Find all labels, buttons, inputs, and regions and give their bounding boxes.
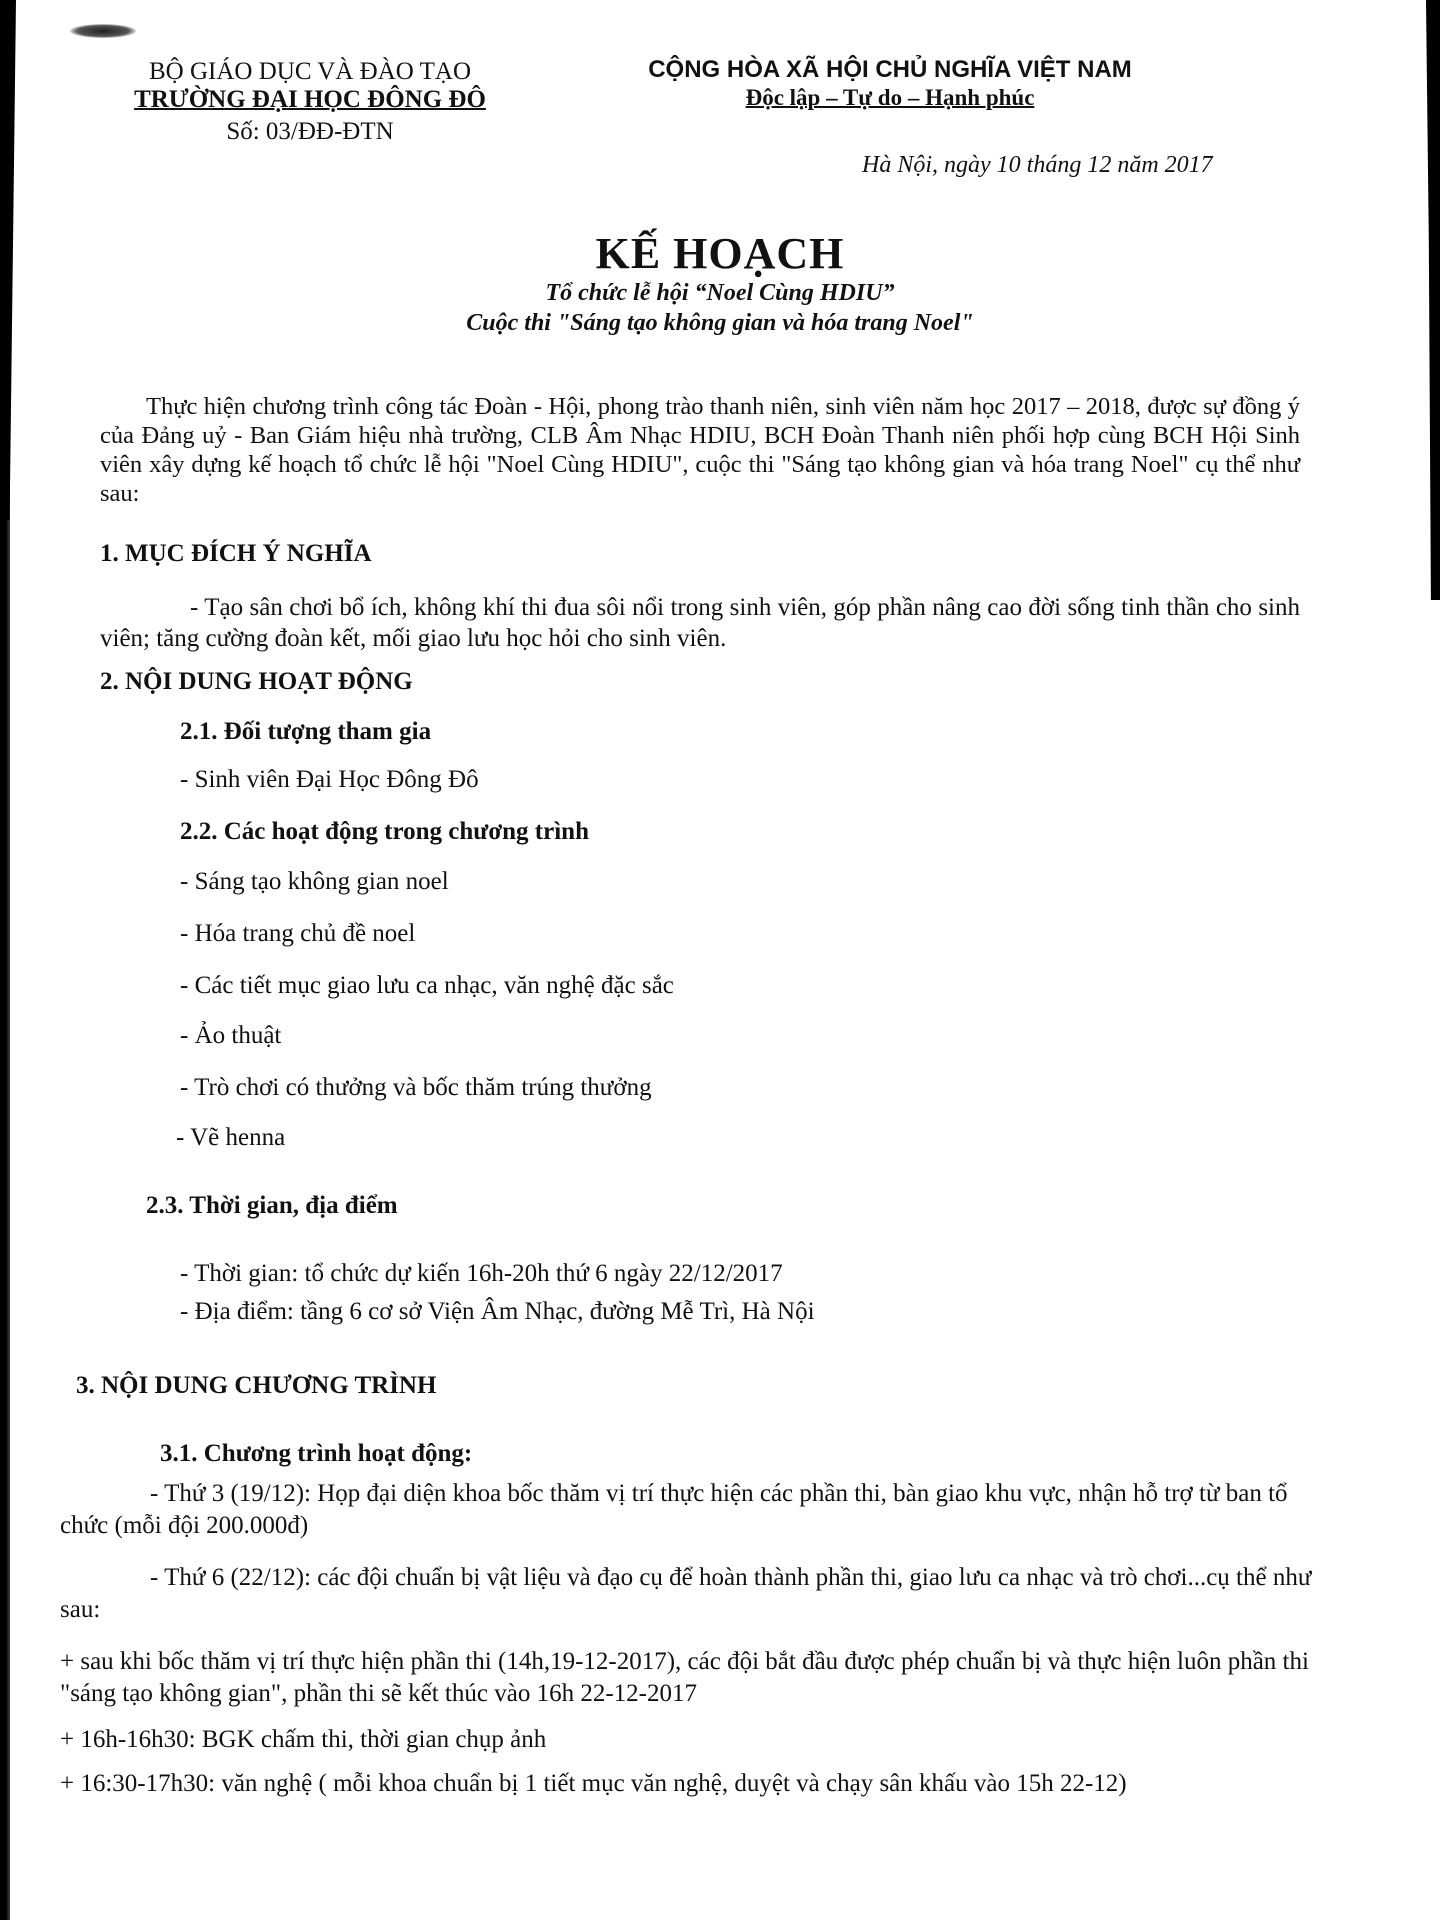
list-item: - Hóa trang chủ đề noel [180,920,415,948]
schedule-item: - Thứ 3 (19/12): Họp đại diện khoa bốc t… [60,1478,1330,1542]
school-name: TRƯỜNG ĐẠI HỌC ĐÔNG ĐÔ [100,86,520,114]
header-organization: BỘ GIÁO DỤC VÀ ĐÀO TẠO TRƯỜNG ĐẠI HỌC ĐÔ… [100,58,520,146]
national-motto: Độc lập – Tự do – Hạnh phúc [746,85,1035,110]
list-item: - Sinh viên Đại Học Đông Đô [180,766,479,794]
list-item: - Địa điểm: tầng 6 cơ sở Viện Âm Nhạc, đ… [180,1298,815,1326]
document-date: Hà Nội, ngày 10 tháng 12 năm 2017 [862,152,1213,179]
section-2-heading: 2. NỘI DUNG HOẠT ĐỘNG [100,668,413,696]
list-item: - Trò chơi có thưởng và bốc thăm trúng t… [180,1074,652,1102]
list-item: - Vẽ henna [176,1124,285,1152]
list-item: - Thời gian: tổ chức dự kiến 16h-20h thứ… [180,1260,783,1288]
list-item: - Sáng tạo không gian noel [180,868,449,896]
scan-smudge [70,24,136,38]
section-2-3-heading: 2.3. Thời gian, địa điểm [146,1192,398,1220]
section-2-1-heading: 2.1. Đối tượng tham gia [180,718,431,746]
document-title: KẾ HOẠCH [0,228,1440,279]
section-3-heading: 3. NỘI DUNG CHƯƠNG TRÌNH [76,1372,436,1400]
schedule-item: + 16h-16h30: BGK chấm thi, thời gian chụ… [60,1724,1330,1756]
nation-name: CỘNG HÒA XÃ HỘI CHỦ NGHĨA VIỆT NAM [600,56,1180,84]
schedule-item: + 16:30-17h30: văn nghệ ( mỗi khoa chuẩn… [60,1768,1330,1800]
schedule-item: - Thứ 6 (22/12): các đội chuẩn bị vật li… [60,1562,1330,1626]
section-1-heading: 1. MỤC ĐÍCH Ý NGHĨA [100,540,372,568]
schedule-item: + sau khi bốc thăm vị trí thực hiện phần… [60,1646,1330,1710]
section-1-text: - Tạo sân chơi bổ ích, không khí thi đua… [100,592,1300,654]
list-item: - Các tiết mục giao lưu ca nhạc, văn ngh… [180,972,674,1000]
header-nation: CỘNG HÒA XÃ HỘI CHỦ NGHĨA VIỆT NAM Độc l… [600,56,1180,112]
document-number: Số: 03/ĐĐ-ĐTN [100,118,520,146]
intro-paragraph: Thực hiện chương trình công tác Đoàn - H… [100,392,1300,508]
section-2-2-heading: 2.2. Các hoạt động trong chương trình [180,818,589,846]
document-subtitle-1: Tổ chức lễ hội “Noel Cùng HDIU” [0,280,1440,307]
ministry-name: BỘ GIÁO DỤC VÀ ĐÀO TẠO [100,58,520,86]
document-subtitle-2: Cuộc thi "Sáng tạo không gian và hóa tra… [0,310,1440,337]
section-3-1-heading: 3.1. Chương trình hoạt động: [160,1440,472,1468]
list-item: - Ảo thuật [180,1022,281,1050]
